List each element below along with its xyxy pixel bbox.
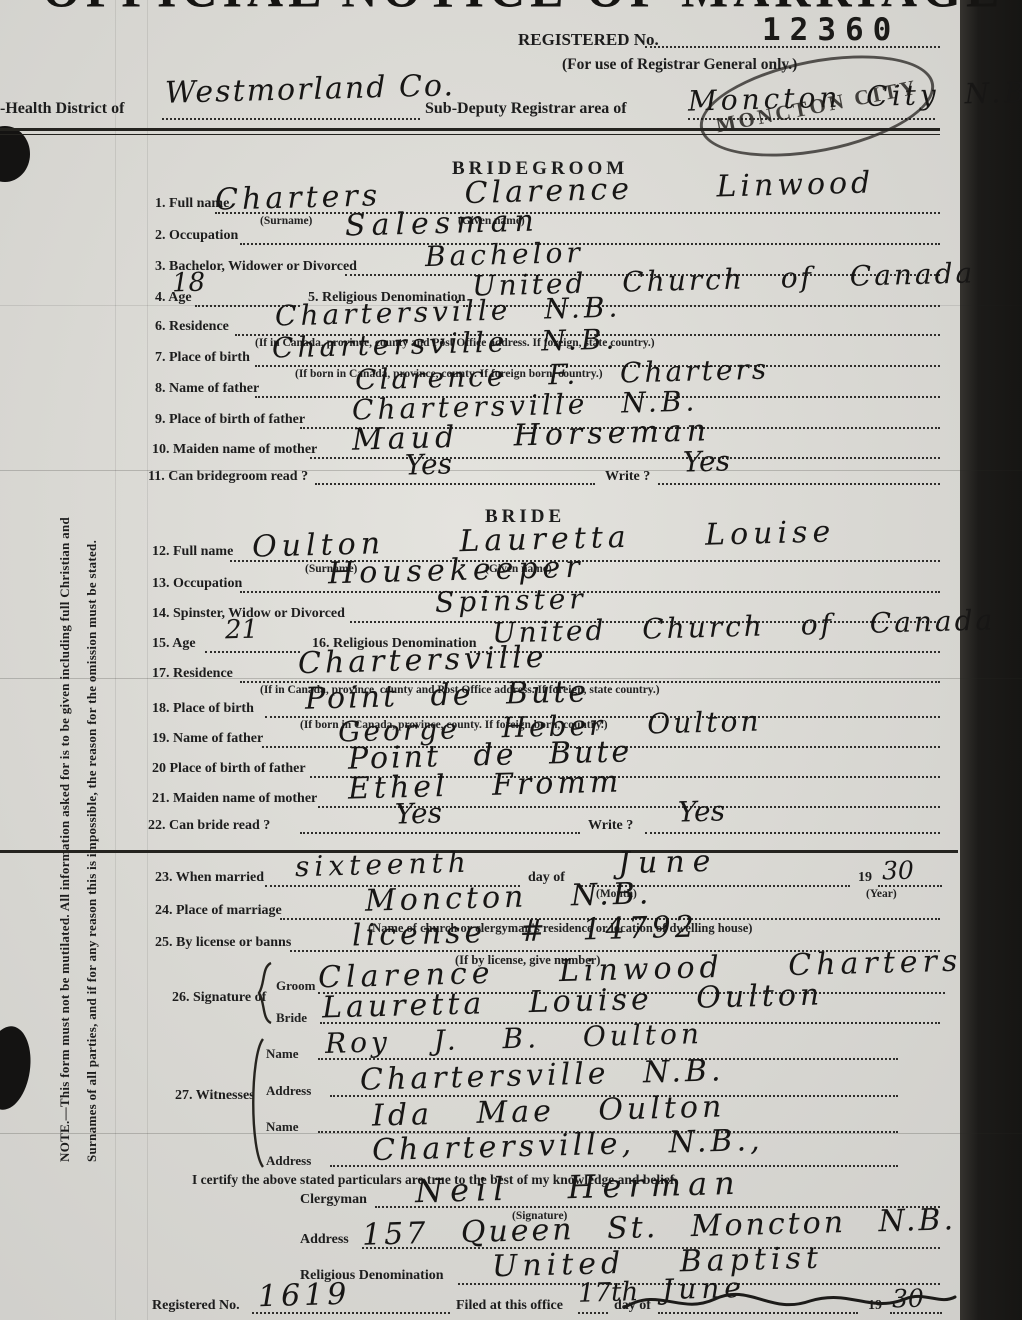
clergyman-label: Clergyman <box>300 1192 367 1208</box>
dotted-line <box>240 591 940 593</box>
clergyman-signature-value: Neil Herman <box>415 1164 743 1211</box>
groom-father-label: 8. Name of father <box>155 381 259 397</box>
bride-full-name-label: 12. Full name <box>152 544 233 560</box>
groom-full-name-value: Charters Clarence Linwood <box>215 165 875 217</box>
subdeputy-area-label: Sub-Deputy Registrar area of <box>425 100 627 118</box>
bride-occupation-label: 13. Occupation <box>152 576 242 592</box>
clergyman-address-label: Address <box>300 1232 349 1248</box>
year-prefix: 19 <box>858 870 872 886</box>
when-married-label: 23. When married <box>155 870 264 886</box>
groom-write-value: Yes <box>683 444 731 478</box>
dotted-line <box>205 651 300 653</box>
place-of-marriage-label: 24. Place of marriage <box>155 903 282 919</box>
witness-address-label: Address <box>266 1153 311 1169</box>
header-rule <box>0 128 940 131</box>
witness-address-label: Address <box>266 1083 311 1099</box>
surname-note: (Surname) <box>260 215 312 227</box>
groom-birthplace-label: 7. Place of birth <box>155 350 250 366</box>
health-district-label: -Health District of <box>0 100 124 118</box>
groom-occupation-label: 2. Occupation <box>155 228 238 244</box>
section-rule <box>0 850 958 853</box>
bride-residence-label: 17. Residence <box>152 666 233 682</box>
bride-father-birth-label: 20 Place of birth of father <box>152 761 306 777</box>
bride-mother-value: Ethel Fromm <box>348 764 623 806</box>
witness-name-label: Name <box>266 1046 299 1062</box>
bride-residence-value: Chartersville <box>298 640 548 682</box>
year-note: (Year) <box>866 888 897 900</box>
license-or-banns-label: 25. By license or banns <box>155 935 291 951</box>
dotted-line <box>578 1312 608 1314</box>
bride-write-value: Yes <box>678 794 726 828</box>
when-married-value: sixteenth <box>295 846 472 884</box>
groom-residence-label: 6. Residence <box>155 319 229 335</box>
groom-father-birth-label: 9. Place of birth of father <box>155 412 305 428</box>
marriage-year-value: 30 <box>882 856 915 886</box>
marriage-notice-document: OFFICIAL NOTICE OF MARRIAGE REGISTERED N… <box>0 0 1022 1320</box>
scan-dark-band <box>960 0 1022 1320</box>
marriage-month-value: June <box>618 844 719 882</box>
registered-no-label: REGISTERED No. <box>518 30 659 50</box>
witness-name-label: Name <box>266 1119 299 1135</box>
bride-status-value: Spinster <box>435 582 587 619</box>
witnesses-label: 27. Witnesses <box>175 1088 255 1104</box>
groom-mother-label: 10. Maiden name of mother <box>152 442 317 458</box>
bride-mother-label: 21. Maiden name of mother <box>152 791 317 807</box>
groom-signature-label: Groom <box>276 978 315 994</box>
registrar-signature-scrawl <box>620 1285 960 1320</box>
dotted-line <box>162 118 420 120</box>
groom-read-label: 11. Can bridegroom read ? <box>148 469 308 485</box>
scan-streak <box>115 0 116 1320</box>
bride-write-label: Write ? <box>588 818 633 834</box>
header-rule-2 <box>0 134 940 135</box>
filed-registered-no-value: 1619 <box>258 1277 351 1314</box>
dotted-line <box>645 832 940 834</box>
scan-streak <box>147 0 148 1320</box>
religious-denomination-value: United Baptist <box>492 1241 824 1285</box>
groom-age-value: 18 <box>172 268 206 299</box>
dotted-line <box>658 483 940 485</box>
side-note-line1: NOTE.—This form must not be mutilated. A… <box>57 517 73 1162</box>
bride-age-label: 15. Age <box>152 636 196 652</box>
groom-write-label: Write ? <box>605 469 650 485</box>
signature-of-label: 26. Signature of <box>172 990 266 1006</box>
bride-father-label: 19. Name of father <box>152 731 263 747</box>
bride-read-value: Yes <box>395 796 443 830</box>
dotted-line <box>878 885 942 887</box>
bride-read-label: 22. Can bride read ? <box>148 818 270 834</box>
dotted-line <box>300 832 580 834</box>
registered-no-value: 12360 <box>762 12 900 48</box>
signature-brace <box>256 962 274 1024</box>
scan-blob-bottom <box>0 1023 36 1113</box>
filed-at-office-label: Filed at this office <box>456 1298 563 1314</box>
bride-birthplace-label: 18. Place of birth <box>152 701 254 717</box>
health-district-value: Westmorland Co. <box>165 68 456 111</box>
dotted-line <box>315 483 595 485</box>
bride-signature-label: Bride <box>276 1010 307 1026</box>
filed-registered-no-label: Registered No. <box>152 1298 240 1314</box>
bride-age-value: 21 <box>225 615 259 646</box>
groom-read-value: Yes <box>405 447 453 481</box>
registrar-only-note: (For use of Registrar General only.) <box>562 56 797 74</box>
witnesses-brace <box>246 1038 266 1168</box>
